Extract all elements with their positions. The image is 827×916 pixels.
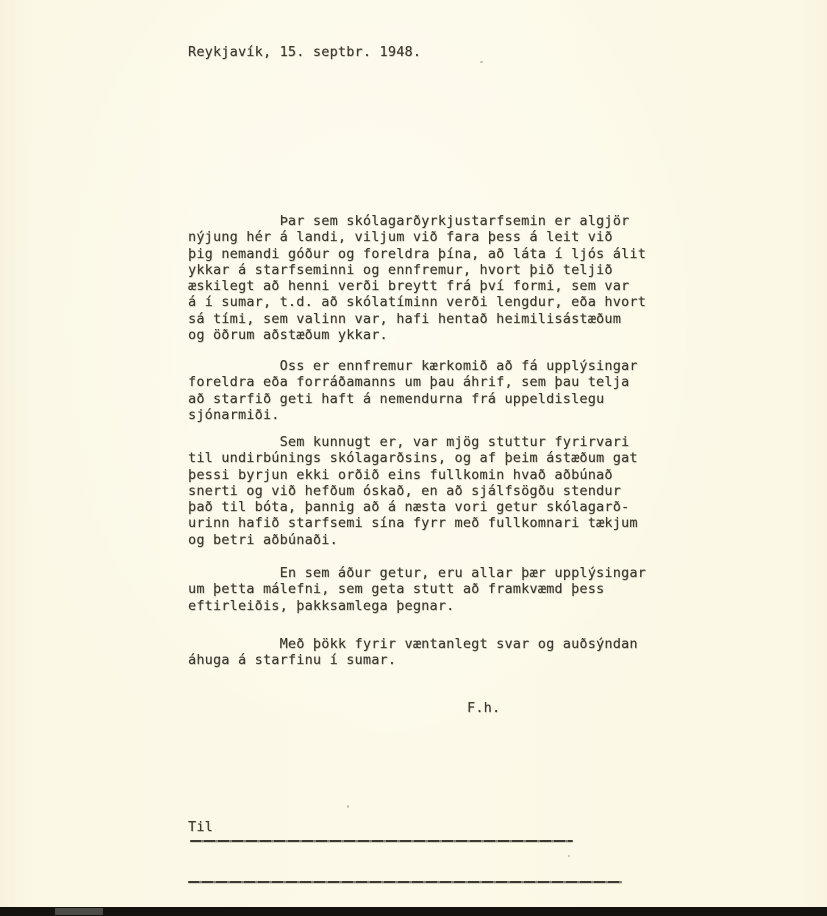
signature-initials: F.h. <box>467 700 500 716</box>
scan-speckle <box>568 855 570 857</box>
body-paragraph-4: En sem áður getur, eru allar þær upplýsi… <box>188 565 646 614</box>
body-paragraph-5: Með þökk fyrir væntanlegt svar og auðsýn… <box>188 636 638 669</box>
scan-speckle <box>480 61 483 63</box>
body-paragraph-2: Oss er ennfremur kærkomið að fá upplýsin… <box>188 358 638 423</box>
address-blank-line <box>188 881 622 883</box>
recipient-blank-line <box>190 840 573 842</box>
scan-speckle <box>347 805 349 808</box>
scan-edge-highlight <box>55 908 103 915</box>
recipient-label: Til <box>188 819 213 835</box>
body-paragraph-3: Sem kunnugt er, var mjög stuttur fyrirva… <box>188 434 638 548</box>
body-paragraph-1: Þar sem skólagarðyrkjustarfsemin er algj… <box>188 213 646 343</box>
scanned-letter-page: Reykjavík, 15. septbr. 1948. Þar sem skó… <box>0 0 827 916</box>
scan-edge-strip <box>0 907 827 916</box>
dateline: Reykjavík, 15. septbr. 1948. <box>188 44 421 60</box>
